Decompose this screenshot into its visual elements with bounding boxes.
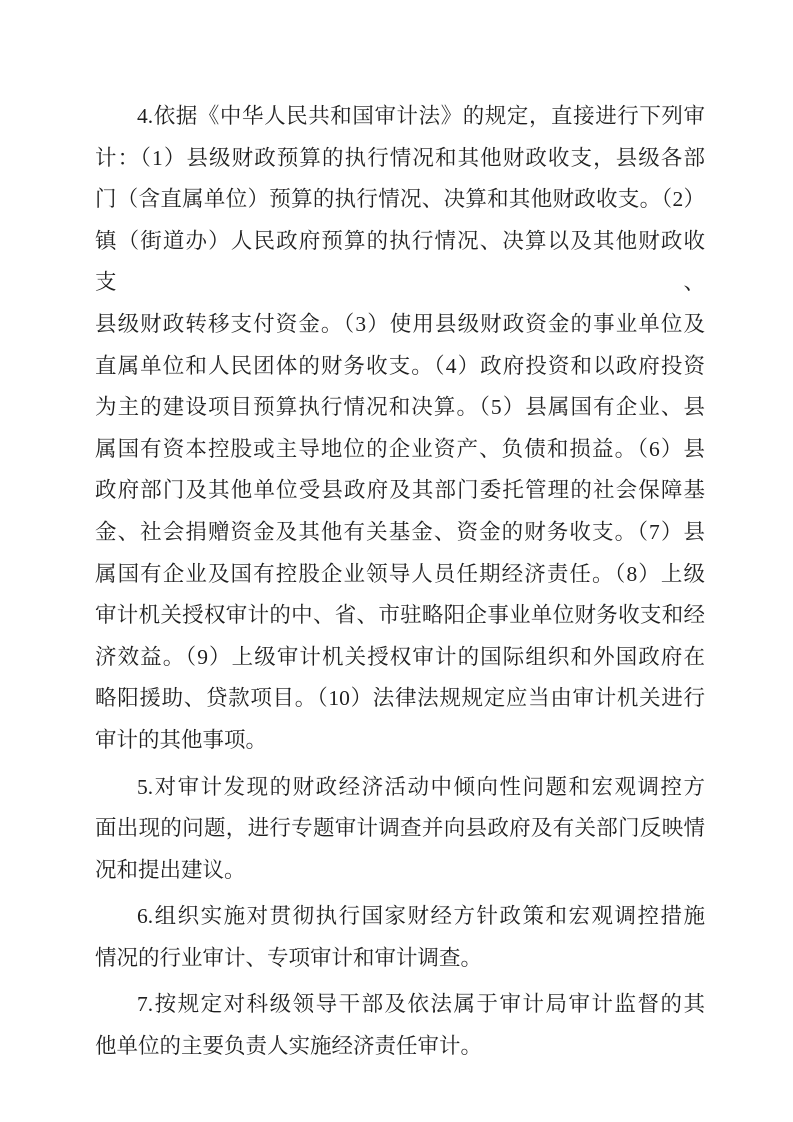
text-line: 属国有资本控股或主导地位的企业资产、负债和损益。（6）县 [95, 429, 705, 471]
text-line: 略阳援助、贷款项目。（10）法律法规规定应当由审计机关进行 [95, 678, 705, 720]
text-line: 5.对审计发现的财政经济活动中倾向性问题和宏观调控方 [95, 767, 705, 809]
paragraph-item-5: 5.对审计发现的财政经济活动中倾向性问题和宏观调控方面出现的问题，进行专题审计调… [95, 767, 705, 892]
paragraph-item-6: 6.组织实施对贯彻执行国家财经方针政策和宏观调控措施情况的行业审计、专项审计和审… [95, 896, 705, 979]
text-line: 他单位的主要负责人实施经济责任审计。 [95, 1026, 705, 1068]
text-line: 镇（街道办）人民政府预算的执行情况、决算以及其他财政收支、 [95, 221, 705, 304]
text-line: 县级财政转移支付资金。（3）使用县级财政资金的事业单位及 [95, 304, 705, 346]
text-line: 审计的其他事项。 [95, 720, 705, 762]
paragraph-item-4: 4.依据《中华人民共和国审计法》的规定，直接进行下列审计：（1）县级财政预算的执… [95, 96, 705, 762]
paragraph-item-7: 7.按规定对科级领导干部及依法属于审计局审计监督的其他单位的主要负责人实施经济责… [95, 984, 705, 1067]
text-line: 况和提出建议。 [95, 850, 705, 892]
text-line: 直属单位和人民团体的财务收支。（4）政府投资和以政府投资 [95, 346, 705, 388]
document-page: 4.依据《中华人民共和国审计法》的规定，直接进行下列审计：（1）县级财政预算的执… [0, 0, 793, 1122]
text-line: 审计机关授权审计的中、省、市驻略阳企事业单位财务收支和经 [95, 595, 705, 637]
text-line: 政府部门及其他单位受县政府及其部门委托管理的社会保障基 [95, 470, 705, 512]
text-line: 6.组织实施对贯彻执行国家财经方针政策和宏观调控措施 [95, 896, 705, 938]
document-body: 4.依据《中华人民共和国审计法》的规定，直接进行下列审计：（1）县级财政预算的执… [95, 96, 705, 1068]
text-line: 计：（1）县级财政预算的执行情况和其他财政收支，县级各部 [95, 138, 705, 180]
text-line: 面出现的问题，进行专题审计调查并向县政府及有关部门反映情 [95, 808, 705, 850]
text-line: 门（含直属单位）预算的执行情况、决算和其他财政收支。（2） [95, 179, 705, 221]
text-line: 属国有企业及国有控股企业领导人员任期经济责任。（8）上级 [95, 554, 705, 596]
text-line: 为主的建设项目预算执行情况和决算。（5）县属国有企业、县 [95, 387, 705, 429]
text-line: 4.依据《中华人民共和国审计法》的规定，直接进行下列审 [95, 96, 705, 138]
text-line: 金、社会捐赠资金及其他有关基金、资金的财务收支。（7）县 [95, 512, 705, 554]
text-line: 7.按规定对科级领导干部及依法属于审计局审计监督的其 [95, 984, 705, 1026]
text-line: 情况的行业审计、专项审计和审计调查。 [95, 938, 705, 980]
text-line: 济效益。（9）上级审计机关授权审计的国际组织和外国政府在 [95, 637, 705, 679]
